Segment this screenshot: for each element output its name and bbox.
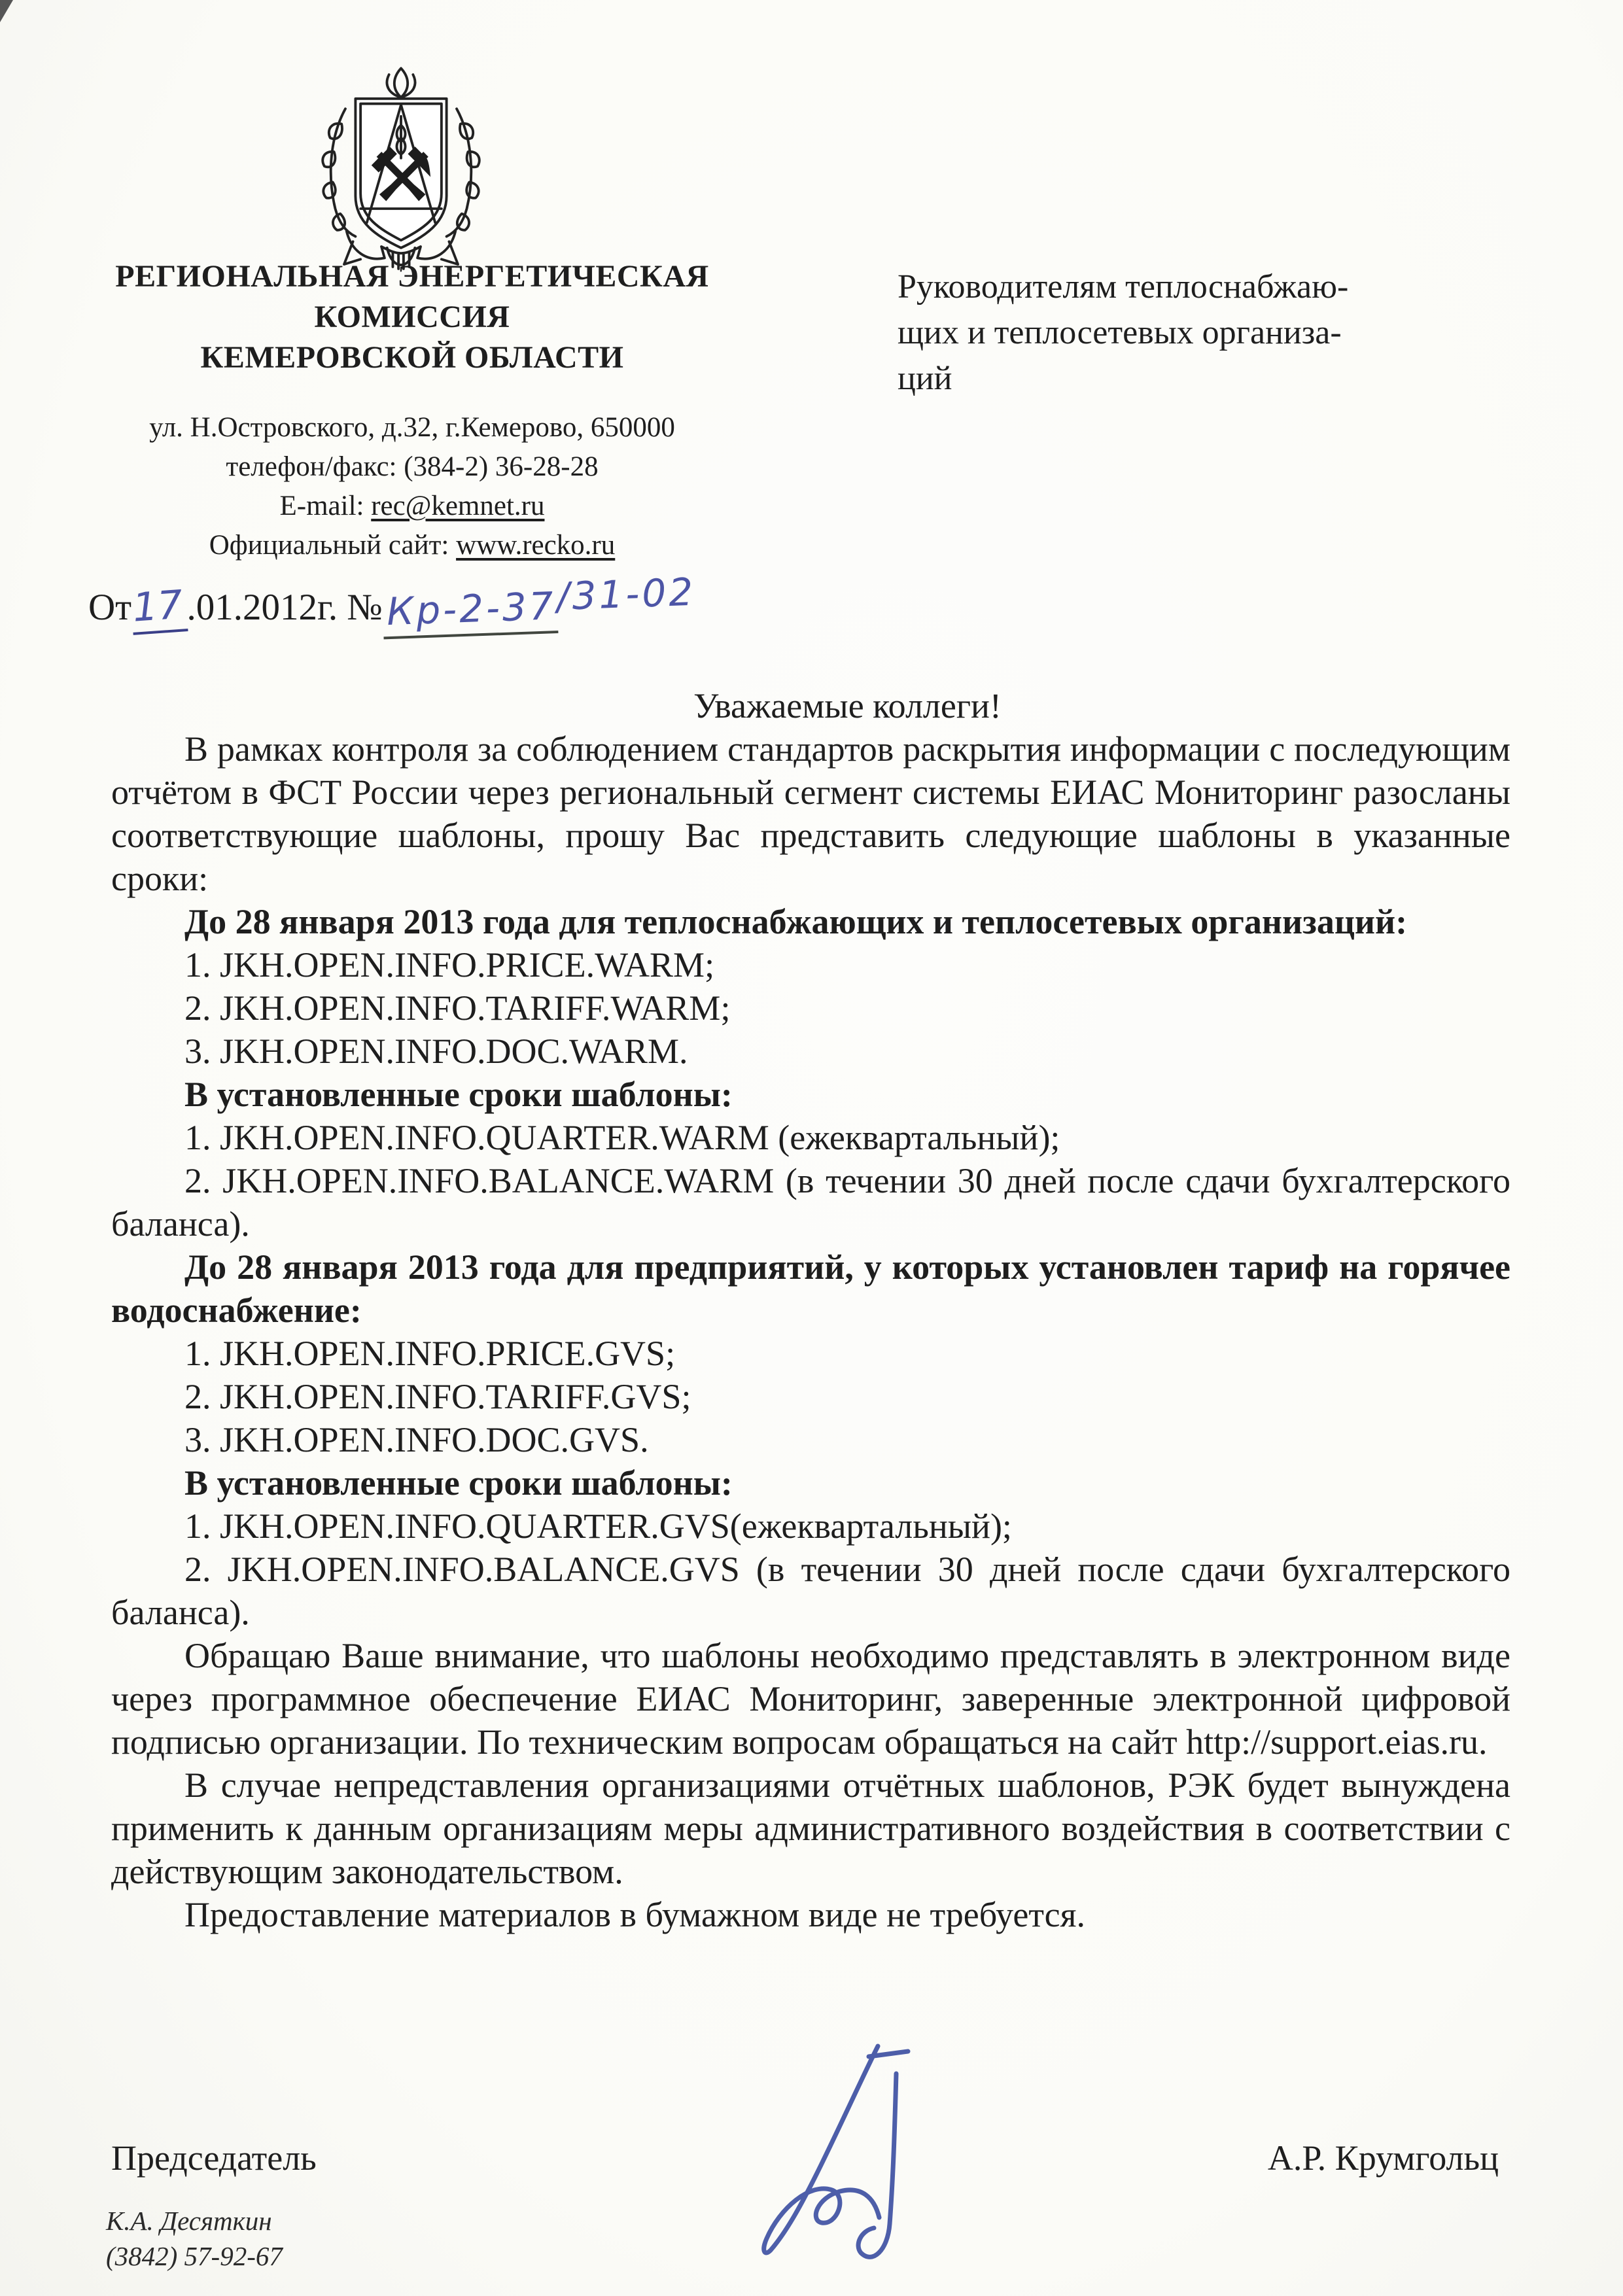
executor-block: К.А. Десяткин (3842) 57-92-67	[106, 2203, 283, 2274]
reference-line: От17.01.2012г. №Кр-2-37/31-02	[88, 583, 695, 633]
recipient-line2: щих и теплосетевых организа-	[898, 310, 1447, 356]
site-label: Официальный сайт:	[209, 530, 456, 561]
list-item: 2. JKH.OPEN.INFO.BALANCE.GVS (в течении …	[111, 1548, 1510, 1634]
list-item: 3. JKH.OPEN.INFO.DOC.WARM.	[111, 1030, 1510, 1073]
org-name-line1: РЕГИОНАЛЬНАЯ ЭНЕРГЕТИЧЕСКАЯ	[85, 256, 739, 297]
org-address: ул. Н.Островского, д.32, г.Кемерово, 650…	[85, 408, 739, 447]
from-label: От	[88, 587, 131, 628]
org-email-line: E-mail: rec@kemnet.ru	[85, 487, 739, 526]
org-site-line: Официальный сайт: www.recko.ru	[85, 526, 739, 565]
list-item: 1. JKH.OPEN.INFO.PRICE.GVS;	[111, 1332, 1510, 1375]
handwritten-number-tail: /31-02	[556, 570, 696, 619]
scan-artifact-corner	[0, 0, 13, 22]
org-name-line2: КОМИССИЯ	[85, 297, 739, 338]
letterhead-org-block: РЕГИОНАЛЬНАЯ ЭНЕРГЕТИЧЕСКАЯ КОМИССИЯ КЕМ…	[85, 256, 739, 565]
org-name-line3: КЕМЕРОВСКОЙ ОБЛАСТИ	[85, 338, 739, 378]
recipient-block: Руководителям теплоснабжаю- щих и теплос…	[898, 264, 1447, 402]
paragraph-bold: В установленные сроки шаблоны:	[111, 1461, 1510, 1505]
paragraph-bold: До 28 января 2013 года для теплоснабжающ…	[111, 900, 1510, 943]
site-value: www.recko.ru	[456, 530, 615, 561]
list-item: 3. JKH.OPEN.INFO.DOC.GVS.	[111, 1418, 1510, 1461]
coat-of-arms-kemerovo-icon: ⚒	[306, 63, 496, 279]
list-item: 1. JKH.OPEN.INFO.QUARTER.GVS(ежекварталь…	[111, 1505, 1510, 1548]
paragraph-bold: До 28 января 2013 года для предприятий, …	[111, 1245, 1510, 1332]
executor-phone: (3842) 57-92-67	[106, 2238, 283, 2274]
date-rest: .01.2012г. №	[186, 587, 382, 628]
list-item: 1. JKH.OPEN.INFO.QUARTER.WARM (ежекварта…	[111, 1116, 1510, 1159]
paragraph: Обращаю Ваше внимание, что шаблоны необх…	[111, 1634, 1510, 1764]
executor-name: К.А. Десяткин	[106, 2203, 283, 2238]
handwritten-signature	[733, 2034, 962, 2283]
crossed-hammers-icon: ⚒	[368, 134, 434, 217]
list-item: 2. JKH.OPEN.INFO.BALANCE.WARM (в течении…	[111, 1159, 1510, 1245]
recipient-line1: Руководителям теплоснабжаю-	[898, 264, 1447, 310]
handwritten-number: Кр-2-37/31-02	[382, 579, 697, 635]
org-phone: телефон/факс: (384-2) 36-28-28	[85, 447, 739, 487]
handwritten-number-main: Кр-2-37	[382, 583, 558, 639]
paragraph: Предоставление материалов в бумажном вид…	[111, 1893, 1510, 1936]
paragraph-bold: В установленные сроки шаблоны:	[111, 1073, 1510, 1116]
list-item: 2. JKH.OPEN.INFO.TARIFF.GVS;	[111, 1375, 1510, 1418]
list-item: 2. JKH.OPEN.INFO.TARIFF.WARM;	[111, 986, 1510, 1030]
signer-name: А.Р. Крумгольц	[1268, 2138, 1499, 2178]
letter-body: Уважаемые коллеги! В рамках контроля за …	[111, 684, 1510, 1936]
paragraph: В рамках контроля за соблюдением стандар…	[111, 727, 1510, 900]
scanned-letter-page: { "letterhead": { "org_lines": ["РЕГИОНА…	[0, 0, 1623, 2296]
handwritten-day: 17	[130, 582, 188, 635]
recipient-line3: ций	[898, 356, 1447, 402]
position-title: Председатель	[111, 2138, 317, 2178]
salutation: Уважаемые коллеги!	[111, 684, 1510, 727]
org-contacts: ул. Н.Островского, д.32, г.Кемерово, 650…	[85, 408, 739, 565]
email-label: E-mail:	[280, 491, 372, 521]
email-value: rec@kemnet.ru	[371, 491, 544, 521]
org-name: РЕГИОНАЛЬНАЯ ЭНЕРГЕТИЧЕСКАЯ КОМИССИЯ КЕМ…	[85, 256, 739, 378]
paragraph: В случае непредставления организациями о…	[111, 1764, 1510, 1893]
list-item: 1. JKH.OPEN.INFO.PRICE.WARM;	[111, 943, 1510, 986]
